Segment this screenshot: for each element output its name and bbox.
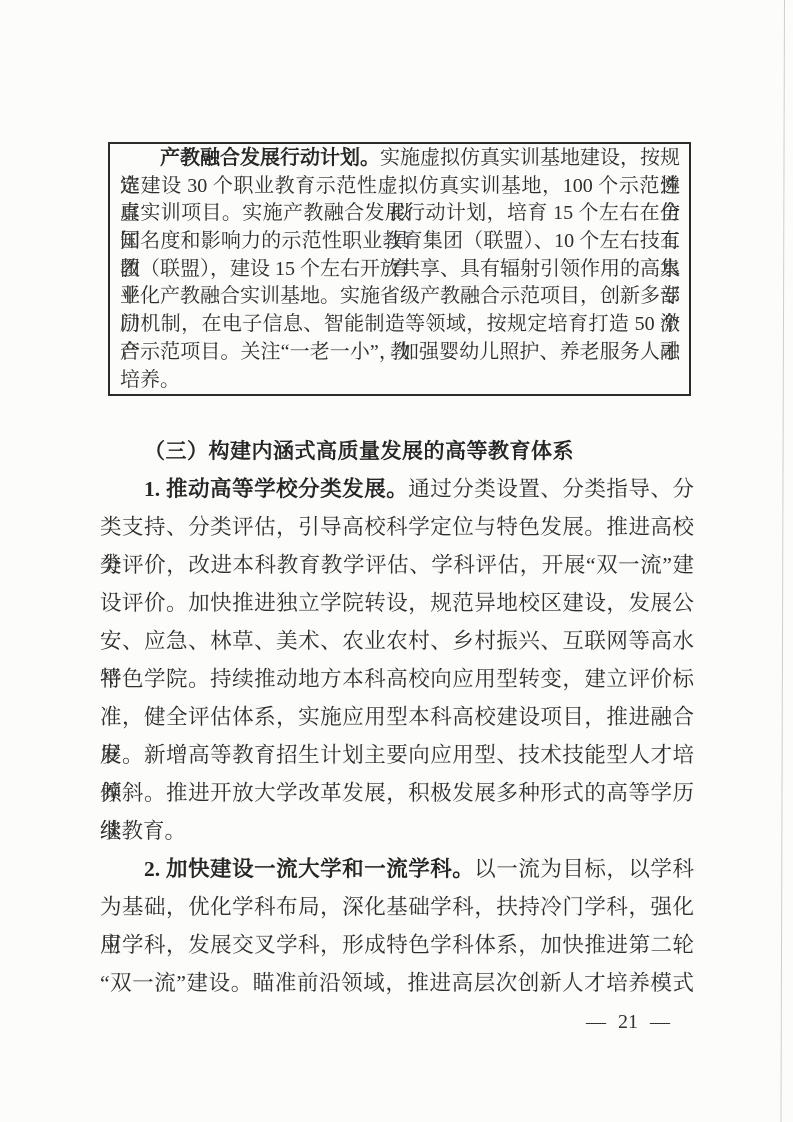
body-line: 1. 推动高等学校分类发展。通过分类设置、分类指导、分 — [100, 470, 694, 508]
body-line: 类支持、分类评估，引导高校科学定位与特色发展。推进高校分 — [100, 508, 694, 546]
body-line: 类评价，改进本科教育教学评估、学科评估，开展“双一流”建 — [100, 546, 694, 584]
callout-box: 产教融合发展行动计划。实施虚拟仿真实训基地建设，按规定遴 选建设 30 个职业教… — [108, 142, 691, 396]
callout-line: 真实训项目。实施产教融合发展行动计划，培育 15 个左右在全国具有 — [120, 200, 680, 228]
callout-line: 产教融合发展行动计划。实施虚拟仿真实训基地建设，按规定遴 — [120, 145, 680, 173]
callout-line: 业化产教融合实训基地。实施省级产教融合示范项目，创新多部门激 — [120, 283, 680, 311]
body-line: 展。新增高等教育招生计划主要向应用型、技术技能型人才培养 — [100, 736, 694, 774]
paragraph-1-lead: 1. 推动高等学校分类发展。 — [144, 477, 408, 501]
paragraph-1: 1. 推动高等学校分类发展。通过分类设置、分类指导、分 类支持、分类评估，引导高… — [100, 470, 694, 850]
body-line: “双一流”建设。瞄准前沿领域，推进高层次创新人才培养模式 — [100, 964, 694, 1002]
callout-line: 培养。 — [120, 367, 680, 395]
paragraph-2: 2. 加快建设一流大学和一流学科。以一流为目标，以学科 为基础，优化学科布局，深… — [100, 850, 694, 1002]
section-heading: （三）构建内涵式高质量发展的高等教育体系 — [100, 432, 694, 470]
document-page: 产教融合发展行动计划。实施虚拟仿真实训基地建设，按规定遴 选建设 30 个职业教… — [0, 0, 793, 1122]
callout-line: 合示范项目。关注“一老一小”，加强婴幼儿照护、养老服务人才 — [120, 339, 680, 367]
callout-line: 知名度和影响力的示范性职业教育集团（联盟）、10 个左右技工教育集 — [120, 228, 680, 256]
body-line: 设评价。加快推进独立学院转设，规范异地校区建设，发展公 — [100, 584, 694, 622]
body-line: 安、应急、林草、美术、农业农村、乡村振兴、互联网等高水平 — [100, 622, 694, 660]
body-line: 倾斜。推进开放大学改革发展，积极发展多种形式的高等学历继 — [100, 774, 694, 812]
callout-line: 励机制，在电子信息、智能制造等领域，按规定培育打造 50 个产教融 — [120, 311, 680, 339]
body-line: 准，健全评估体系，实施应用型本科高校建设项目，推进融合发 — [100, 698, 694, 736]
page-number: — 21 — — [576, 1004, 680, 1040]
body-line: 为基础，优化学科布局，深化基础学科，扶持冷门学科，强化应 — [100, 888, 694, 926]
callout-line: 团（联盟），建设 15 个左右开放共享、具有辐射引领作用的高水平专 — [120, 256, 680, 284]
body-line-text: 以一流为目标，以学科 — [474, 857, 694, 881]
scan-edge-line — [780, 0, 785, 1122]
body-line: 续教育。 — [100, 812, 694, 850]
body-line: 用学科，发展交叉学科，形成特色学科体系，加快推进第二轮 — [100, 926, 694, 964]
callout-line: 选建设 30 个职业教育示范性虚拟仿真实训基地，100 个示范性虚拟仿 — [120, 173, 680, 201]
paragraph-2-lead: 2. 加快建设一流大学和一流学科。 — [144, 857, 474, 881]
body-line: 特色学院。持续推动地方本科高校向应用型转变，建立评价标 — [100, 660, 694, 698]
callout-lead: 产教融合发展行动计划。 — [160, 147, 380, 169]
body-line: 2. 加快建设一流大学和一流学科。以一流为目标，以学科 — [100, 850, 694, 888]
body-line-text: 通过分类设置、分类指导、分 — [408, 477, 694, 501]
